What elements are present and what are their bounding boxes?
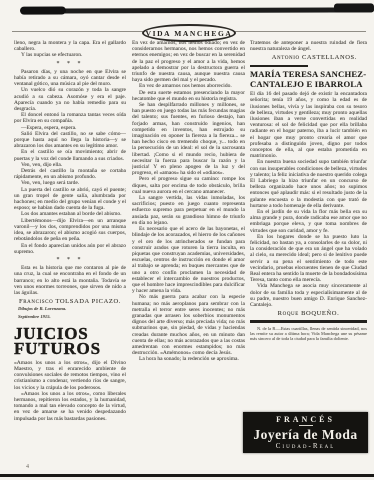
page-number: 4 xyxy=(26,464,29,470)
story-paragraph: La puerta del castillo se abrió, cayó el… xyxy=(14,187,126,212)
obituary-paragraph: En nuestra buena sociedad supo también t… xyxy=(250,159,367,209)
story-paragraph: Los dos amantes estaban al borde del abi… xyxy=(14,211,126,217)
obituary-title-line2: CANTALEJO E IBARROLA xyxy=(250,80,367,90)
essay-paragraph: La sangre vertida, las vidas inmoladas, … xyxy=(132,195,245,226)
column-middle: En vez de amarnos, nos hemos odiado; en … xyxy=(132,40,245,474)
story-author-signature: Francisco TOLSADA PICAZO. xyxy=(14,299,126,305)
story-paragraph: Detrás del castillo la montaña se cortab… xyxy=(14,168,126,180)
essay-paragraph: «Amaos los unos a los otros», dijo el Di… xyxy=(14,360,126,391)
section-separator: * * * xyxy=(14,61,126,67)
story-paragraph: Un vuelco dió su corazón y toda la sangr… xyxy=(14,87,126,112)
advertisement-frances-jewelry: FRANCÉS Joyería de Moda Ciudad-Real xyxy=(243,412,368,453)
story-paragraph: El doncel entonó la romanza tantas veces… xyxy=(14,112,126,124)
essay-paragraph: La hora ha sonado; la redención se aprox… xyxy=(132,356,245,362)
ad-city-name: Ciudad-Real xyxy=(276,442,336,450)
essay-paragraph: De esta suerte estamos presenciando la m… xyxy=(132,90,245,102)
ad-business-name: Joyería de Moda xyxy=(253,428,357,441)
essay-paragraph: En vez de amarnos nos hemos aborrecido. xyxy=(132,83,245,89)
obituary-paragraph: En los hogares donde se ha puesto luto l… xyxy=(250,234,367,284)
column-right: Tratemos de anteponer a nuestra ruindad … xyxy=(250,40,367,412)
essay-paragraph: «Amaos los unos a los otros», como liber… xyxy=(14,391,126,422)
essay-paragraph: Se han despilfarrado millones y millones… xyxy=(132,102,245,176)
obituary-title: MARÍA TERESA SANCHEZ- CANTALEJO E IBARRO… xyxy=(250,70,367,89)
section-divider-rule xyxy=(250,65,308,68)
obituary-paragraph: El día 16 del pasado dejó de existir la … xyxy=(250,91,367,159)
story-paragraph: En el castillo se oía movimiento; abrir … xyxy=(14,149,126,161)
essay-paragraph: En vez de amarnos, nos hemos odiado; en … xyxy=(132,40,245,83)
obituary-author-signature: Roque BOQUEÑO. xyxy=(250,311,367,317)
column-left: lleno, negra la montera y la capa. Era e… xyxy=(14,40,126,474)
article-title-line2: FUTUROS xyxy=(14,341,126,357)
ad-brand-name: FRANCÉS xyxy=(276,415,335,424)
ad-divider-rule xyxy=(299,425,313,426)
illustration-credit: Dibujos de R. Lorenzana. xyxy=(18,306,126,312)
story-date: Septiembre 1915. xyxy=(18,314,126,320)
essay-paragraph: Pero el progreso sigue su camino: rompe … xyxy=(132,176,245,195)
magazine-page: VIDA MANCHEGA lleno, negra la montera y … xyxy=(0,0,374,480)
story-paragraph: lleno, negra la montera y la capa. Era e… xyxy=(14,40,126,52)
essay-author-signature: Antonio CASTELLANOS. xyxy=(250,55,367,61)
essay-paragraph: Es necesario que el acero de las bayonet… xyxy=(132,226,245,294)
essay-paragraph: No más guerra para acabar con la especie… xyxy=(132,294,245,356)
scan-ink-bar xyxy=(22,7,374,13)
story-paragraph: Esta es la historia que me contaron al p… xyxy=(14,265,126,296)
story-paragraph: Libertémonos—dijo Elvira—en un arranque … xyxy=(14,218,126,243)
editorial-footnote: N. de la R.—Estas cuartillas, llenas de … xyxy=(250,326,367,341)
story-paragraph: Salió Elvira del castillo, no se sabe có… xyxy=(14,131,126,150)
masthead-title: VIDA MANCHEGA xyxy=(146,29,233,38)
footnote-divider-rule xyxy=(250,320,367,323)
section-separator: * * * xyxy=(14,257,126,263)
story-paragraph: Y las nupcias se efectuaron. xyxy=(14,52,126,58)
obituary-paragraph: En el jardín de su vida la flor más bell… xyxy=(250,209,367,234)
story-paragraph: En el fondo aparecían unidos aún por el … xyxy=(14,243,126,255)
obituary-paragraph: Vida Manchega se asocia muy sinceramente… xyxy=(250,283,367,308)
essay-closing-paragraph: Tratemos de anteponer a nuestra ruindad … xyxy=(250,40,367,52)
page-bottom-rule xyxy=(0,474,374,477)
article-title-juicios-futuros: JUICIOS FUTUROS xyxy=(14,326,126,357)
story-paragraph: Pasaron días, y una noche en que Elvira … xyxy=(14,69,126,88)
